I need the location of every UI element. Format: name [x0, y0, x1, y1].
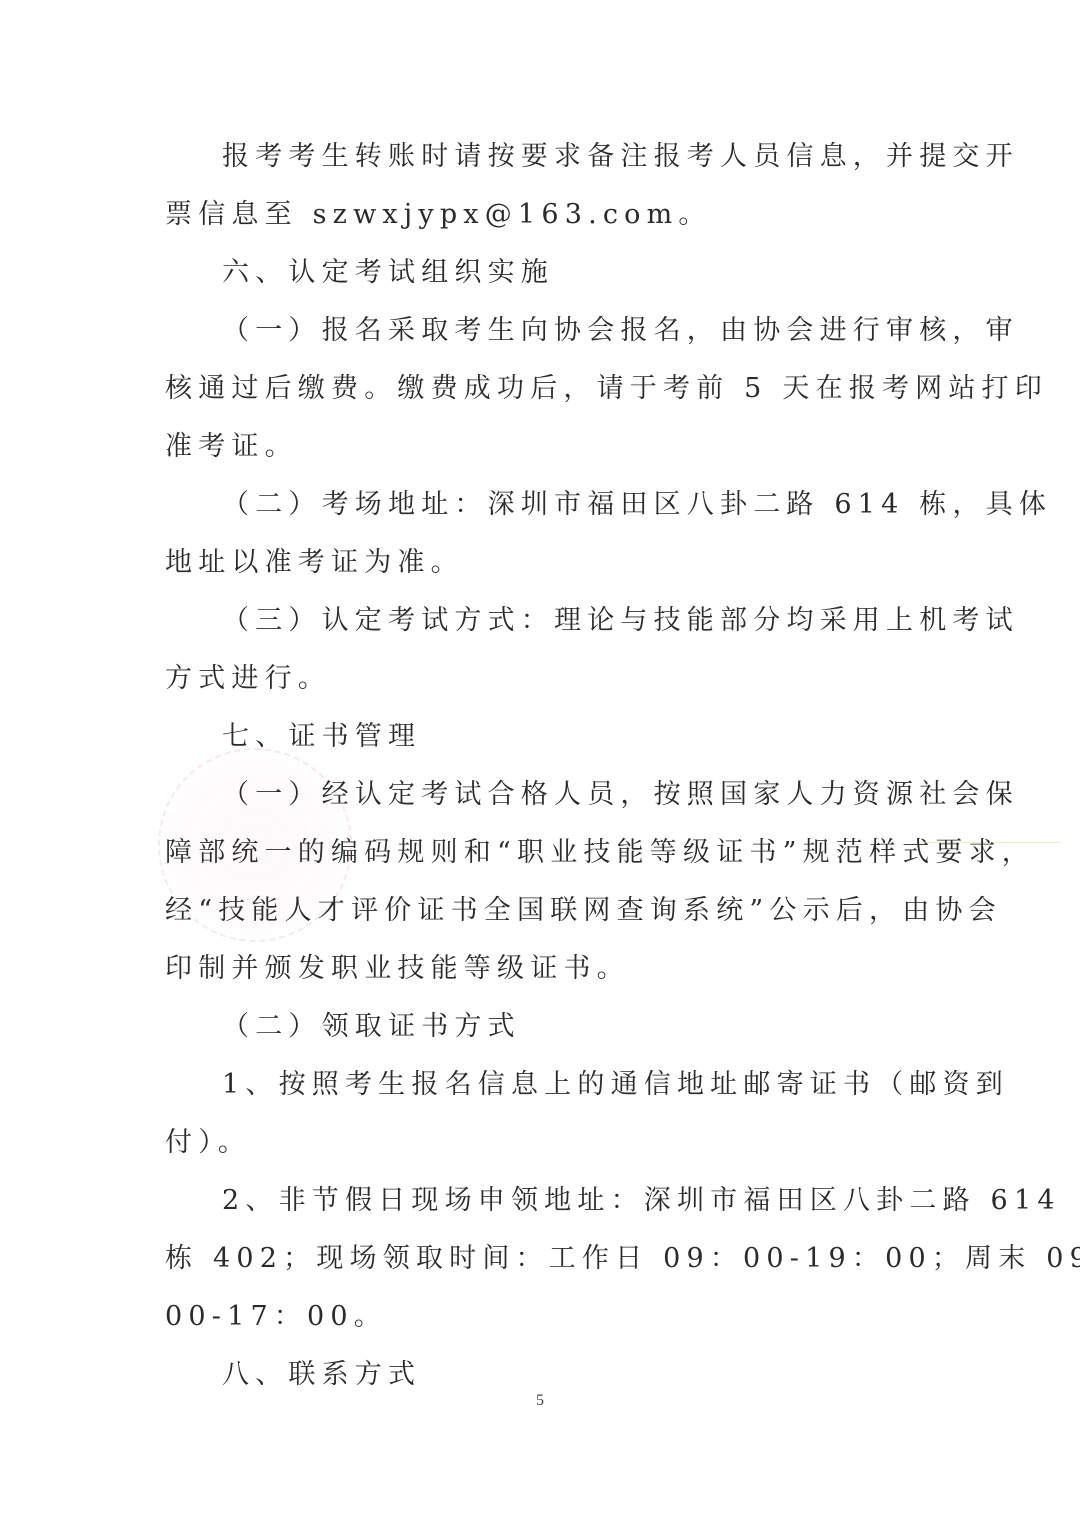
section-7-item-2-2-line-3: 00-17：00。 — [165, 1297, 387, 1337]
paragraph-payment-note-line-1: 报考考生转账时请按要求备注报考人员信息，并提交开 — [222, 137, 1019, 177]
section-7-item-1-line-4: 印制并颁发职业技能等级证书。 — [165, 949, 630, 989]
section-6-item-2-line-1: （二）考场地址：深圳市福田区八卦二路 614 栋，具体 — [222, 485, 1052, 525]
section-7-item-1-line-3: 经“技能人才评价证书全国联网查询系统”公示后，由协会 — [165, 891, 1002, 931]
section-6-item-1-line-3: 准考证。 — [165, 427, 298, 467]
document-page: 报考考生转账时请按要求备注报考人员信息，并提交开 票信息至 szwxjypx@1… — [0, 0, 1080, 1528]
section-6-item-2-line-2: 地址以准考证为准。 — [165, 543, 464, 583]
section-6-item-1-line-2: 核通过后缴费。缴费成功后，请于考前 5 天在报考网站打印 — [165, 369, 1048, 409]
section-6-item-1-line-1: （一）报名采取考生向协会报名，由协会进行审核，审 — [222, 311, 1019, 351]
section-7-heading: 七、证书管理 — [222, 717, 421, 757]
section-6-item-3-line-2: 方式进行。 — [165, 659, 331, 699]
page-number: 5 — [530, 1392, 550, 1410]
section-7-item-2-2-line-2: 栋 402；现场领取时间：工作日 09：00-19：00；周末 09： — [165, 1239, 1080, 1279]
section-7-item-2-heading: （二）领取证书方式 — [222, 1007, 521, 1047]
section-8-heading: 八、联系方式 — [222, 1355, 421, 1395]
section-7-item-2-2-line-1: 2、非节假日现场申领地址：深圳市福田区八卦二路 614 — [222, 1181, 1061, 1221]
section-6-heading: 六、认定考试组织实施 — [222, 253, 554, 293]
paragraph-payment-note-line-2: 票信息至 szwxjypx@163.com。 — [165, 195, 712, 235]
section-7-item-1-line-2: 障部统一的编码规则和“职业技能等级证书”规范样式要求， — [165, 833, 1035, 873]
section-6-item-3-line-1: （三）认定考试方式：理论与技能部分均采用上机考试 — [222, 601, 1019, 641]
section-7-item-2-1-line-1: 1、按照考生报名信息上的通信地址邮寄证书（邮资到 — [222, 1065, 1009, 1105]
section-7-item-2-1-line-2: 付）。 — [165, 1123, 251, 1163]
section-7-item-1-line-1: （一）经认定考试合格人员，按照国家人力资源社会保 — [222, 775, 1019, 815]
